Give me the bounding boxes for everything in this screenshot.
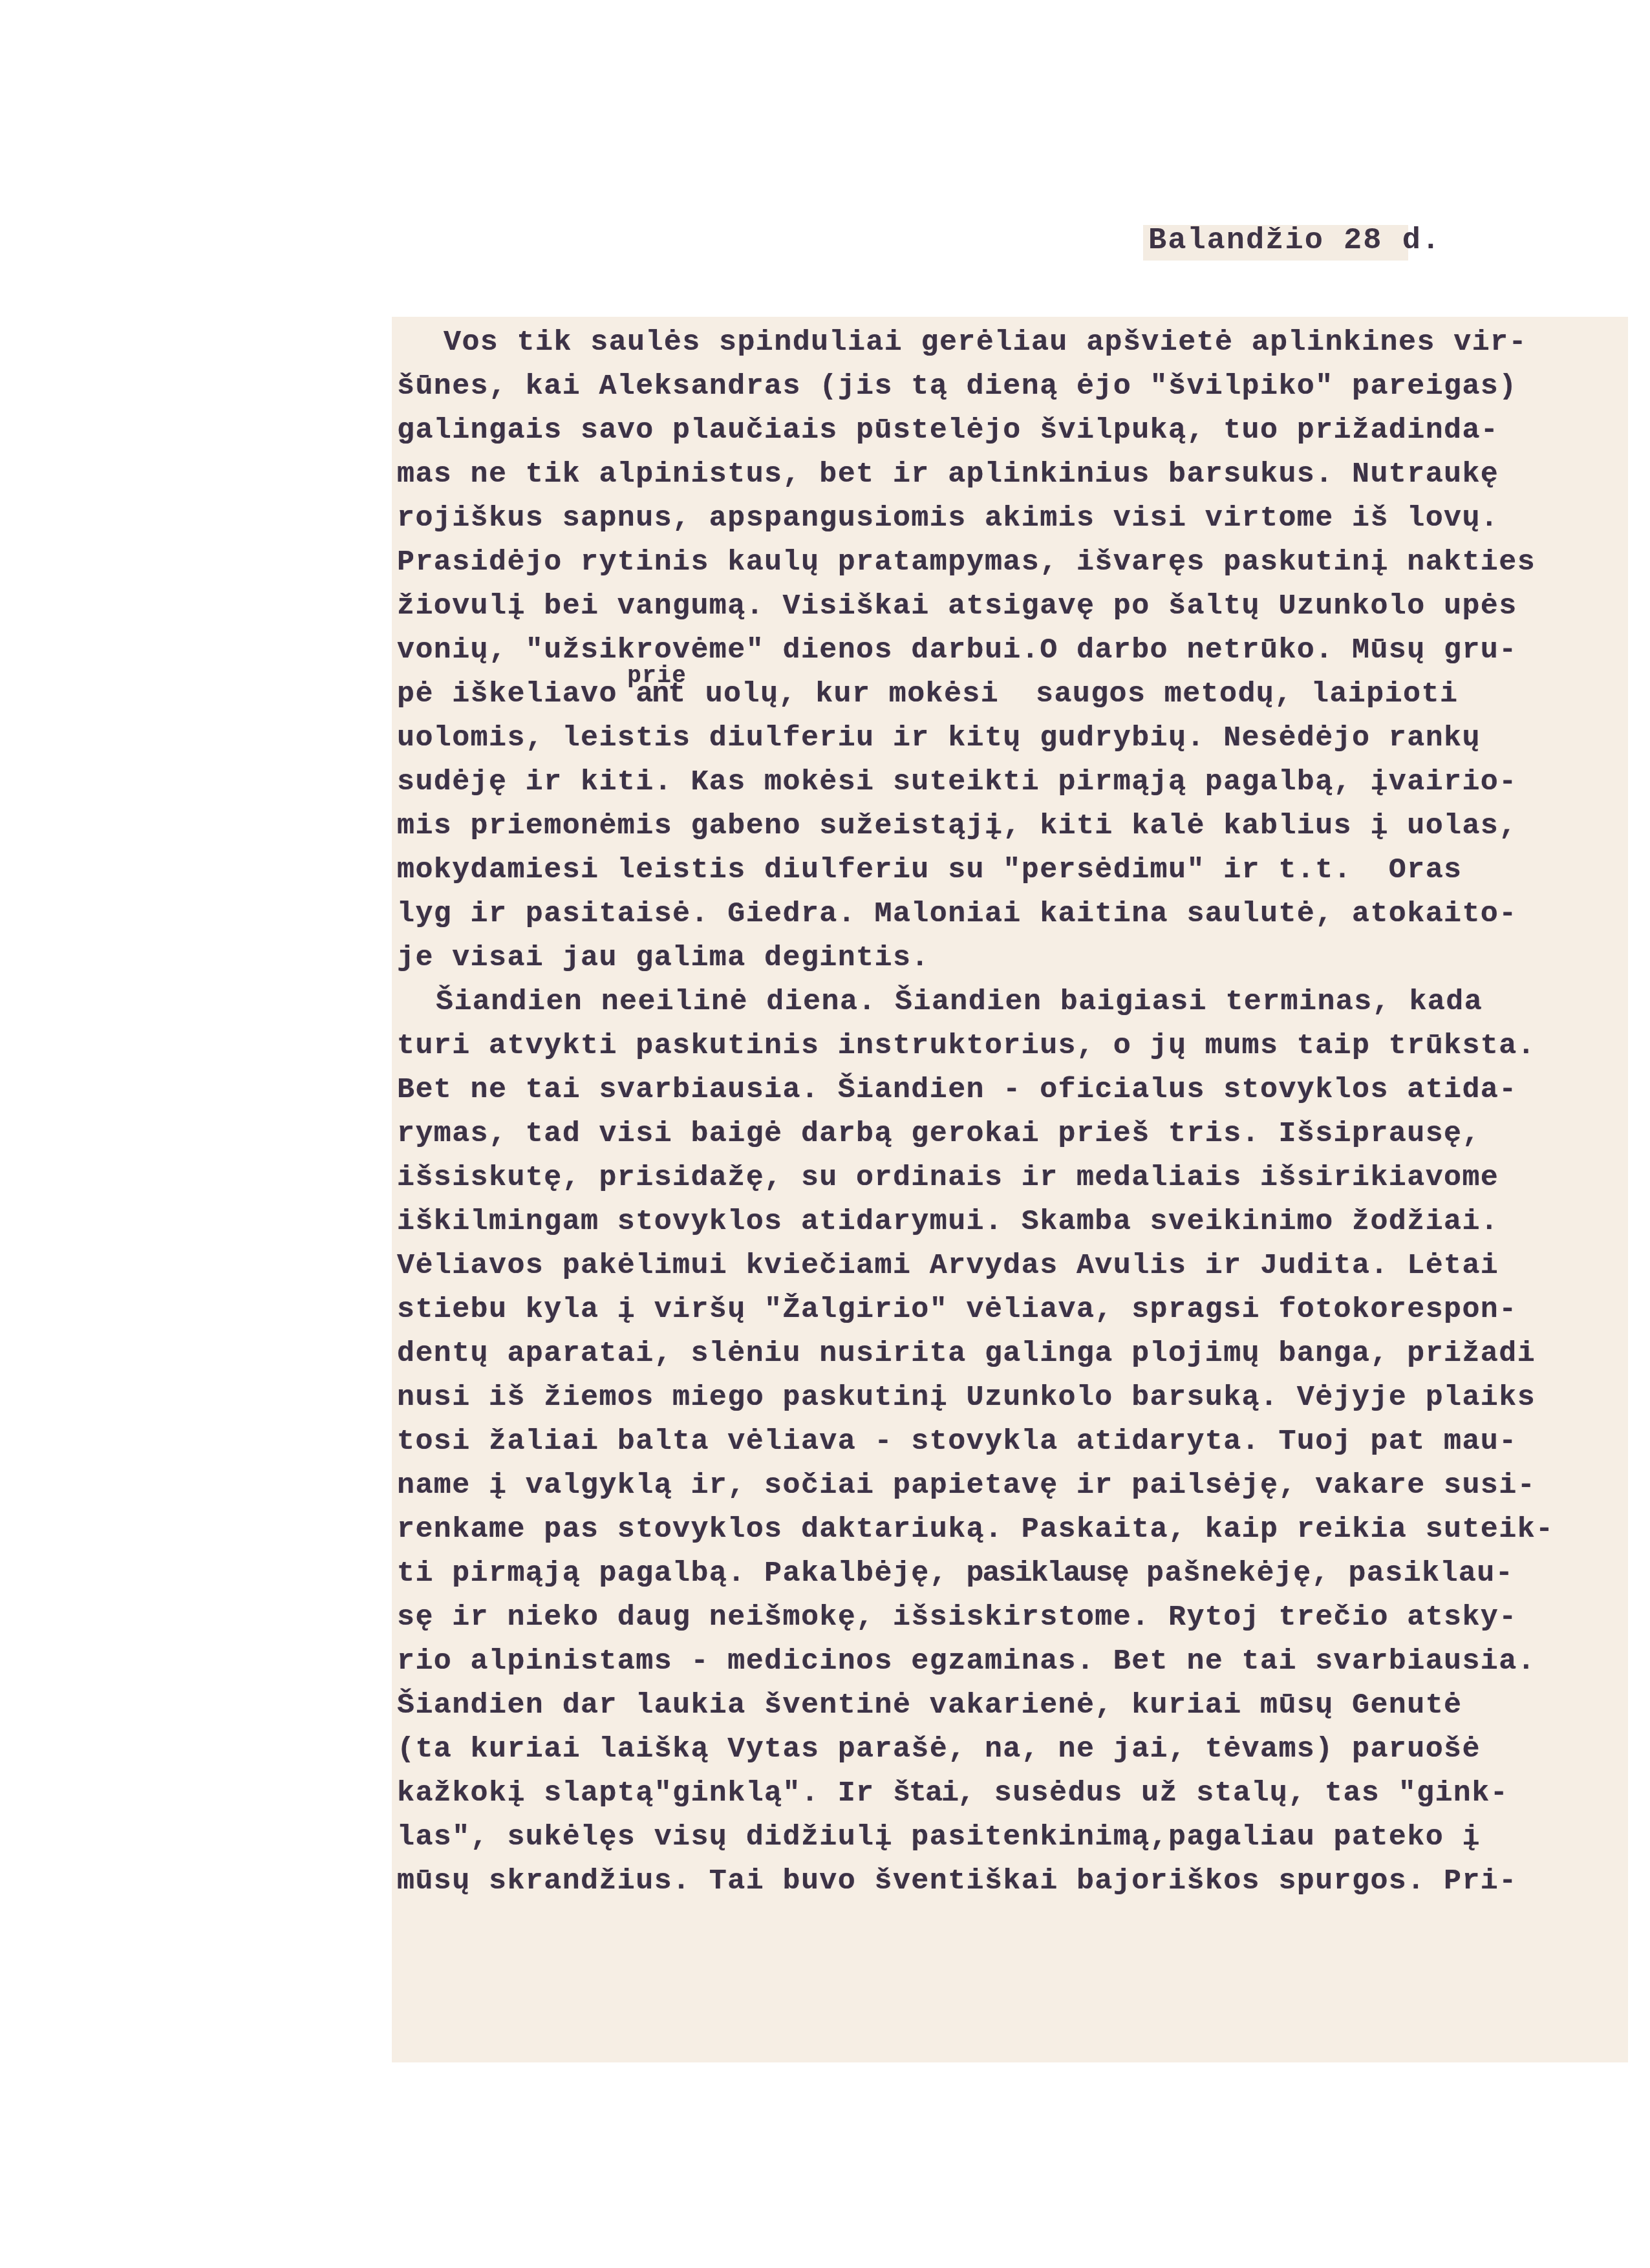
- text-line: dentų aparatai, slėniu nusirita galinga …: [397, 1332, 1650, 1376]
- text-line: rymas, tad visi baigė darbą gerokai prie…: [397, 1112, 1650, 1156]
- text-line: mokydamiesi leistis diulferiu su "persėd…: [397, 848, 1650, 892]
- text-line: name į valgyklą ir, sočiai papietavę ir …: [397, 1464, 1650, 1508]
- text-line: rio alpinistams - medicinos egzaminas. B…: [397, 1640, 1650, 1684]
- date-heading: Balandžio 28 d.: [1148, 224, 1441, 258]
- text-line: mis priemonėmis gabeno sužeistąjį, kiti …: [397, 804, 1650, 848]
- text-fragment: uolų, kur mokėsi saugos metodų, laipioti: [687, 678, 1458, 711]
- text-line: Vos tik saulės spinduliai gerėliau apšvi…: [397, 321, 1650, 365]
- text-line: išsiskutę, prisidažę, su ordinais ir med…: [397, 1156, 1650, 1200]
- inserted-correction: prie: [627, 663, 687, 689]
- text-line: žiovulį bei vangumą. Visiškai atsigavę p…: [397, 584, 1650, 628]
- text-line-with-correction: pė iškeliavo antprie uolų, kur mokėsi sa…: [397, 672, 1650, 716]
- text-line: turi atvykti paskutinis instruktorius, o…: [397, 1024, 1650, 1068]
- text-line: sudėję ir kiti. Kas mokėsi suteikti pirm…: [397, 760, 1650, 804]
- text-line: renkame pas stovyklos daktariuką. Paskai…: [397, 1508, 1650, 1552]
- text-line: je visai jau galima degintis.: [397, 936, 1650, 980]
- text-line: sę ir nieko daug neišmokę, išsiskirstome…: [397, 1596, 1650, 1640]
- text-line: mas ne tik alpinistus, bet ir aplinkiniu…: [397, 453, 1650, 497]
- text-fragment: kažkokį slaptą"ginklą". Ir: [397, 1777, 893, 1810]
- text-line: iškilmingam stovyklos atidarymui. Skamba…: [397, 1200, 1650, 1244]
- text-line: mūsų skrandžius. Tai buvo šventiškai baj…: [397, 1859, 1650, 1903]
- text-line: uolomis, leistis diulferiu ir kitų gudry…: [397, 716, 1650, 760]
- text-line-with-correction: ti pirmąją pagalbą. Pakalbėję, pasiklaus…: [397, 1552, 1650, 1596]
- text-line: (ta kuriai laišką Vytas parašė, na, ne j…: [397, 1728, 1650, 1771]
- text-line: galingais savo plaučiais pūstelėjo švilp…: [397, 409, 1650, 453]
- text-line: lyg ir pasitaisė. Giedra. Maloniai kaiti…: [397, 892, 1650, 936]
- text-line: vonių, "užsikrovėme" dienos darbui.O dar…: [397, 628, 1650, 672]
- text-line: šūnes, kai Aleksandras (jis tą dieną ėjo…: [397, 365, 1650, 409]
- text-line: Šiandien dar laukia šventinė vakarienė, …: [397, 1684, 1650, 1728]
- text-fragment: pašnekėję, pasiklau-: [1128, 1557, 1514, 1590]
- text-line-with-correction: kažkokį slaptą"ginklą". Ir štai, susėdus…: [397, 1771, 1650, 1815]
- text-fragment: ti pirmąją pagalbą. Pakalbėję,: [397, 1557, 967, 1590]
- text-line: Bet ne tai svarbiausia. Šiandien - ofici…: [397, 1068, 1650, 1112]
- diary-entry-body: Vos tik saulės spinduliai gerėliau apšvi…: [397, 321, 1650, 1903]
- text-fragment: , susėdus už stalų, tas "gink-: [958, 1777, 1508, 1810]
- text-line: stiebu kyla į viršų "Žalgirio" vėliava, …: [397, 1288, 1650, 1332]
- text-line: tosi žaliai balta vėliava - stovykla ati…: [397, 1420, 1650, 1464]
- text-line: rojiškus sapnus, apspangusiomis akimis v…: [397, 497, 1650, 540]
- text-line: Šiandien neeilinė diena. Šiandien baigia…: [397, 980, 1650, 1024]
- text-line: Vėliavos pakėlimui kviečiami Arvydas Avu…: [397, 1244, 1650, 1288]
- text-line: nusi iš žiemos miego paskutinį Uzunkolo …: [397, 1376, 1650, 1420]
- text-line: las", sukėlęs visų didžiulį pasitenkinim…: [397, 1815, 1650, 1859]
- text-fragment: pė iškeliavo: [397, 678, 636, 711]
- struck-out-word: štai: [893, 1777, 958, 1810]
- struck-out-word: pasiklausę: [967, 1557, 1128, 1590]
- text-line: Prasidėjo rytinis kaulų pratampymas, išv…: [397, 540, 1650, 584]
